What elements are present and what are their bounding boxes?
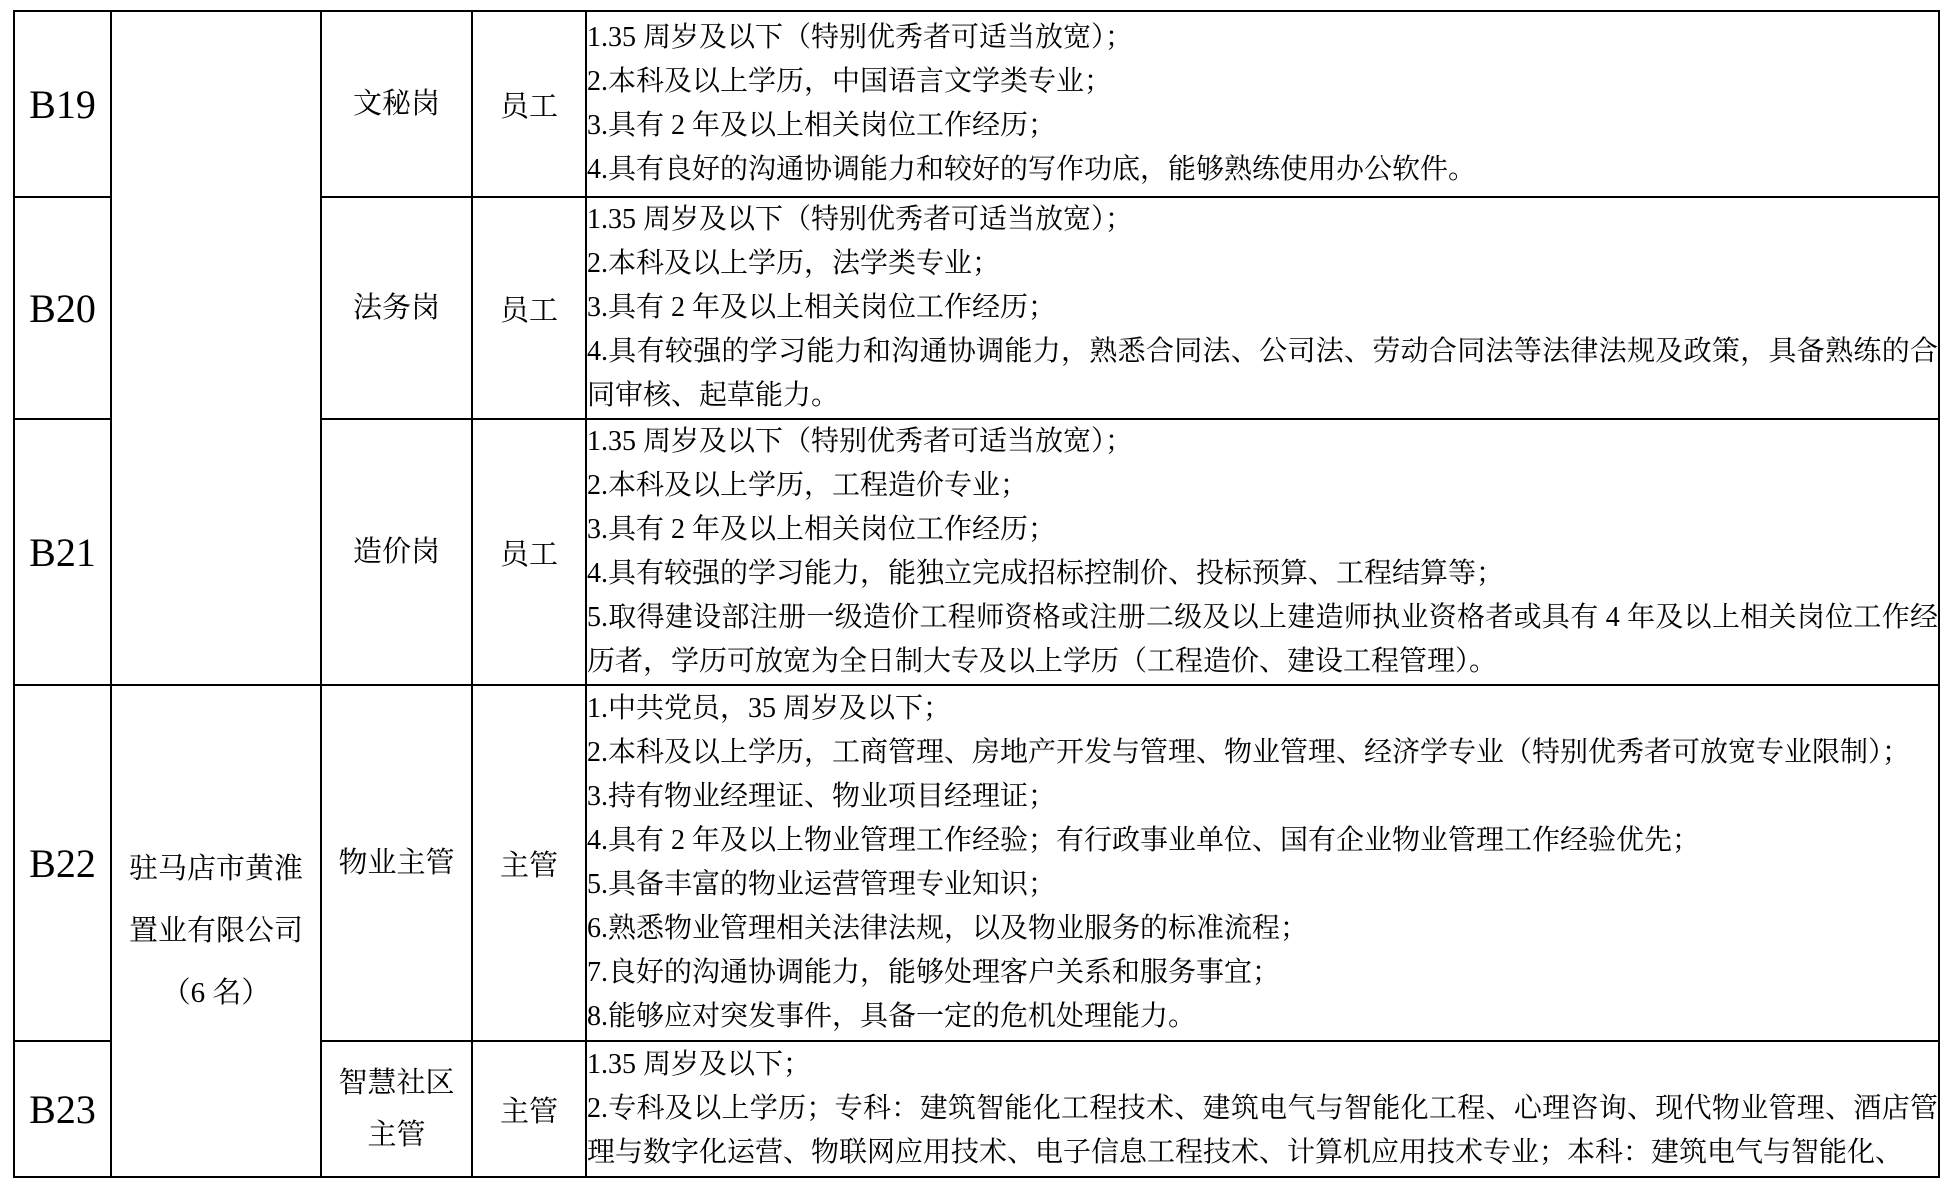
position-code-cell: B23	[14, 1041, 111, 1177]
table-row: B22驻马店市黄淮置业有限公司（6 名）物业主管主管1.中共党员，35 周岁及以…	[14, 685, 1939, 1041]
position-code-cell: B21	[14, 419, 111, 685]
requirement-item: 4.具有较强的学习能力，能独立完成招标控制价、投标预算、工程结算等；	[587, 552, 1938, 596]
company-line: （6 名）	[112, 962, 320, 1024]
position-name-cell: 法务岗	[321, 197, 472, 419]
requirement-item: 2.本科及以上学历，工程造价专业；	[587, 464, 1938, 508]
level-cell: 主管	[472, 1041, 586, 1177]
position-code-cell: B22	[14, 685, 111, 1041]
requirement-item: 2.本科及以上学历，中国语言文学类专业；	[587, 60, 1938, 104]
requirement-item: 1.35 周岁及以下（特别优秀者可适当放宽）；	[587, 420, 1938, 464]
requirement-item: 3.具有 2 年及以上相关岗位工作经历；	[587, 286, 1938, 330]
requirements-cell: 1.35 周岁及以下（特别优秀者可适当放宽）；2.本科及以上学历，工程造价专业；…	[586, 419, 1939, 685]
recruitment-table: B19文秘岗员工1.35 周岁及以下（特别优秀者可适当放宽）；2.本科及以上学历…	[13, 10, 1940, 1178]
level-cell: 员工	[472, 197, 586, 419]
requirements-cell: 1.中共党员，35 周岁及以下；2.本科及以上学历，工商管理、房地产开发与管理、…	[586, 685, 1939, 1041]
position-name-cell: 物业主管	[321, 685, 472, 1041]
level-cell: 主管	[472, 685, 586, 1041]
position-name-line: 文秘岗	[322, 78, 471, 130]
position-code-cell: B20	[14, 197, 111, 419]
requirement-item: 4.具有较强的学习能力和沟通协调能力，熟悉合同法、公司法、劳动合同法等法律法规及…	[587, 330, 1938, 418]
document-page: { "page": { "background": "#ffffff", "bo…	[0, 0, 1948, 1194]
level-cell: 员工	[472, 11, 586, 197]
requirement-item: 1.中共党员，35 周岁及以下；	[587, 687, 1938, 731]
recruitment-table-wrap: B19文秘岗员工1.35 周岁及以下（特别优秀者可适当放宽）；2.本科及以上学历…	[13, 10, 1940, 1178]
requirement-item: 2.本科及以上学历，工商管理、房地产开发与管理、物业管理、经济学专业（特别优秀者…	[587, 731, 1938, 775]
position-name-cell: 智慧社区主管	[321, 1041, 472, 1177]
requirement-item: 4.具有良好的沟通协调能力和较好的写作功底，能够熟练使用办公软件。	[587, 148, 1938, 192]
requirement-item: 3.持有物业经理证、物业项目经理证；	[587, 775, 1938, 819]
position-name-line: 法务岗	[322, 282, 471, 334]
requirement-item: 3.具有 2 年及以上相关岗位工作经历；	[587, 508, 1938, 552]
requirement-item: 6.熟悉物业管理相关法律法规，以及物业服务的标准流程；	[587, 907, 1938, 951]
position-name-line: 主管	[322, 1109, 471, 1161]
requirement-item: 7.良好的沟通协调能力，能够处理客户关系和服务事宜；	[587, 951, 1938, 995]
requirement-item: 3.具有 2 年及以上相关岗位工作经历；	[587, 104, 1938, 148]
requirements-cell: 1.35 周岁及以下（特别优秀者可适当放宽）；2.本科及以上学历，中国语言文学类…	[586, 11, 1939, 197]
company-line: 驻马店市黄淮	[112, 838, 320, 900]
requirement-item: 1.35 周岁及以下（特别优秀者可适当放宽）；	[587, 198, 1938, 242]
requirement-item: 5.取得建设部注册一级造价工程师资格或注册二级及以上建造师执业资格者或具有 4 …	[587, 596, 1938, 684]
requirements-cell: 1.35 周岁及以下（特别优秀者可适当放宽）；2.本科及以上学历，法学类专业；3…	[586, 197, 1939, 419]
position-name-line: 智慧社区	[322, 1057, 471, 1109]
requirements-cell: 1.35 周岁及以下；2.专科及以上学历；专科：建筑智能化工程技术、建筑电气与智…	[586, 1041, 1939, 1177]
position-code-cell: B19	[14, 11, 111, 197]
requirement-item: 5.具备丰富的物业运营管理专业知识；	[587, 863, 1938, 907]
position-name-line: 造价岗	[322, 526, 471, 578]
position-name-line: 物业主管	[322, 837, 471, 889]
position-name-cell: 文秘岗	[321, 11, 472, 197]
company-line: 置业有限公司	[112, 900, 320, 962]
recruitment-table-body: B19文秘岗员工1.35 周岁及以下（特别优秀者可适当放宽）；2.本科及以上学历…	[14, 11, 1939, 1177]
company-cell	[111, 11, 321, 685]
requirement-item: 2.专科及以上学历；专科：建筑智能化工程技术、建筑电气与智能化工程、心理咨询、现…	[587, 1087, 1938, 1175]
requirement-item: 4.具有 2 年及以上物业管理工作经验；有行政事业单位、国有企业物业管理工作经验…	[587, 819, 1938, 863]
requirement-item: 1.35 周岁及以下（特别优秀者可适当放宽）；	[587, 16, 1938, 60]
requirement-item: 1.35 周岁及以下；	[587, 1043, 1938, 1087]
requirement-item: 2.本科及以上学历，法学类专业；	[587, 242, 1938, 286]
position-name-cell: 造价岗	[321, 419, 472, 685]
table-row: B19文秘岗员工1.35 周岁及以下（特别优秀者可适当放宽）；2.本科及以上学历…	[14, 11, 1939, 197]
company-cell: 驻马店市黄淮置业有限公司（6 名）	[111, 685, 321, 1177]
level-cell: 员工	[472, 419, 586, 685]
requirement-item: 8.能够应对突发事件，具备一定的危机处理能力。	[587, 995, 1938, 1039]
